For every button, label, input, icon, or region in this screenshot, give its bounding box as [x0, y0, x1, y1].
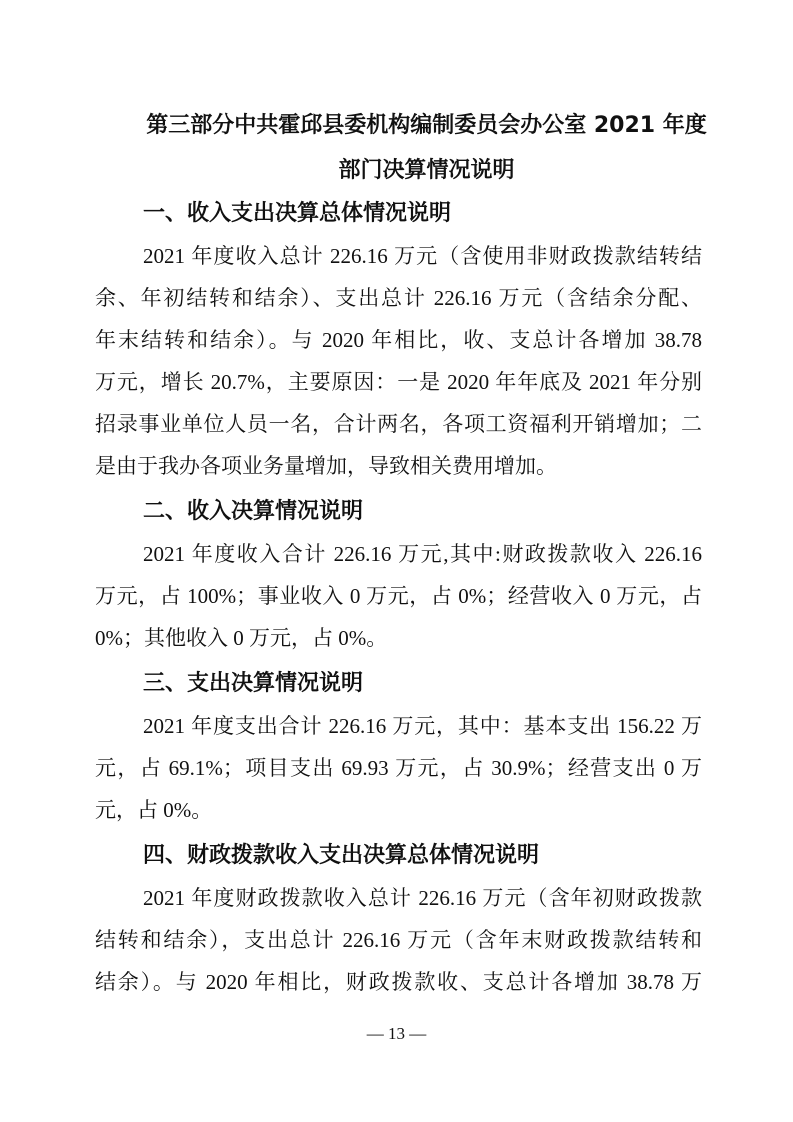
paragraph-line: 2021 年度财政拨款收入总计 226.16 万元（含年初财政拨款	[95, 877, 702, 919]
paragraph-line: 结转和结余），支出总计 226.16 万元（含年末财政拨款结转和	[95, 919, 702, 961]
paragraph-line: 余、年初结转和结余）、支出总计 226.16 万元（含结余分配、	[95, 277, 702, 319]
paragraph-line: 2021 年度支出合计 226.16 万元，其中：基本支出 156.22 万	[95, 705, 702, 747]
paragraph: 2021 年度支出合计 226.16 万元，其中：基本支出 156.22 万元，…	[95, 705, 702, 831]
document-title-line-1: 第三部分中共霍邱县委机构编制委员会办公室 2021 年度	[123, 103, 730, 148]
paragraph-line: 结余）。与 2020 年相比，财政拨款收、支总计各增加 38.78 万	[95, 961, 702, 1003]
section-heading: 二、收入决算情况说明	[95, 491, 702, 533]
paragraph-line: 万元，增长 20.7%，主要原因：一是 2020 年年底及 2021 年分别	[95, 361, 702, 403]
paragraph-line: 万元，占 100%；事业收入 0 万元，占 0%；经营收入 0 万元，占	[95, 575, 702, 617]
document-title-line-2: 部门决算情况说明	[123, 148, 730, 193]
paragraph-line: 年末结转和结余）。与 2020 年相比，收、支总计各增加 38.78	[95, 319, 702, 361]
document-title: 第三部分中共霍邱县委机构编制委员会办公室 2021 年度 部门决算情况说明	[123, 103, 730, 193]
paragraph-line: 0%；其他收入 0 万元，占 0%。	[95, 617, 702, 659]
paragraph-line: 元，占 0%。	[95, 789, 702, 831]
paragraph: 2021 年度收入合计 226.16 万元,其中:财政拨款收入 226.16万元…	[95, 533, 702, 659]
sections-container: 一、收入支出决算总体情况说明2021 年度收入总计 226.16 万元（含使用非…	[95, 193, 702, 1003]
paragraph-line: 2021 年度收入总计 226.16 万元（含使用非财政拨款结转结	[95, 235, 702, 277]
page-content: 第三部分中共霍邱县委机构编制委员会办公室 2021 年度 部门决算情况说明 一、…	[95, 103, 702, 1003]
paragraph-line: 招录事业单位人员一名，合计两名，各项工资福利开销增加；二	[95, 403, 702, 445]
paragraph-line: 2021 年度收入合计 226.16 万元,其中:财政拨款收入 226.16	[95, 533, 702, 575]
section-heading: 三、支出决算情况说明	[95, 663, 702, 705]
paragraph: 2021 年度收入总计 226.16 万元（含使用非财政拨款结转结余、年初结转和…	[95, 235, 702, 487]
paragraph-line: 元，占 69.1%；项目支出 69.93 万元，占 30.9%；经营支出 0 万	[95, 747, 702, 789]
section-heading: 四、财政拨款收入支出决算总体情况说明	[95, 835, 702, 877]
paragraph-line: 是由于我办各项业务量增加，导致相关费用增加。	[95, 445, 702, 487]
document-page: 第三部分中共霍邱县委机构编制委员会办公室 2021 年度 部门决算情况说明 一、…	[0, 0, 793, 1122]
page-number: — 13 —	[0, 1024, 793, 1044]
section-heading: 一、收入支出决算总体情况说明	[95, 193, 702, 235]
paragraph: 2021 年度财政拨款收入总计 226.16 万元（含年初财政拨款结转和结余），…	[95, 877, 702, 1003]
